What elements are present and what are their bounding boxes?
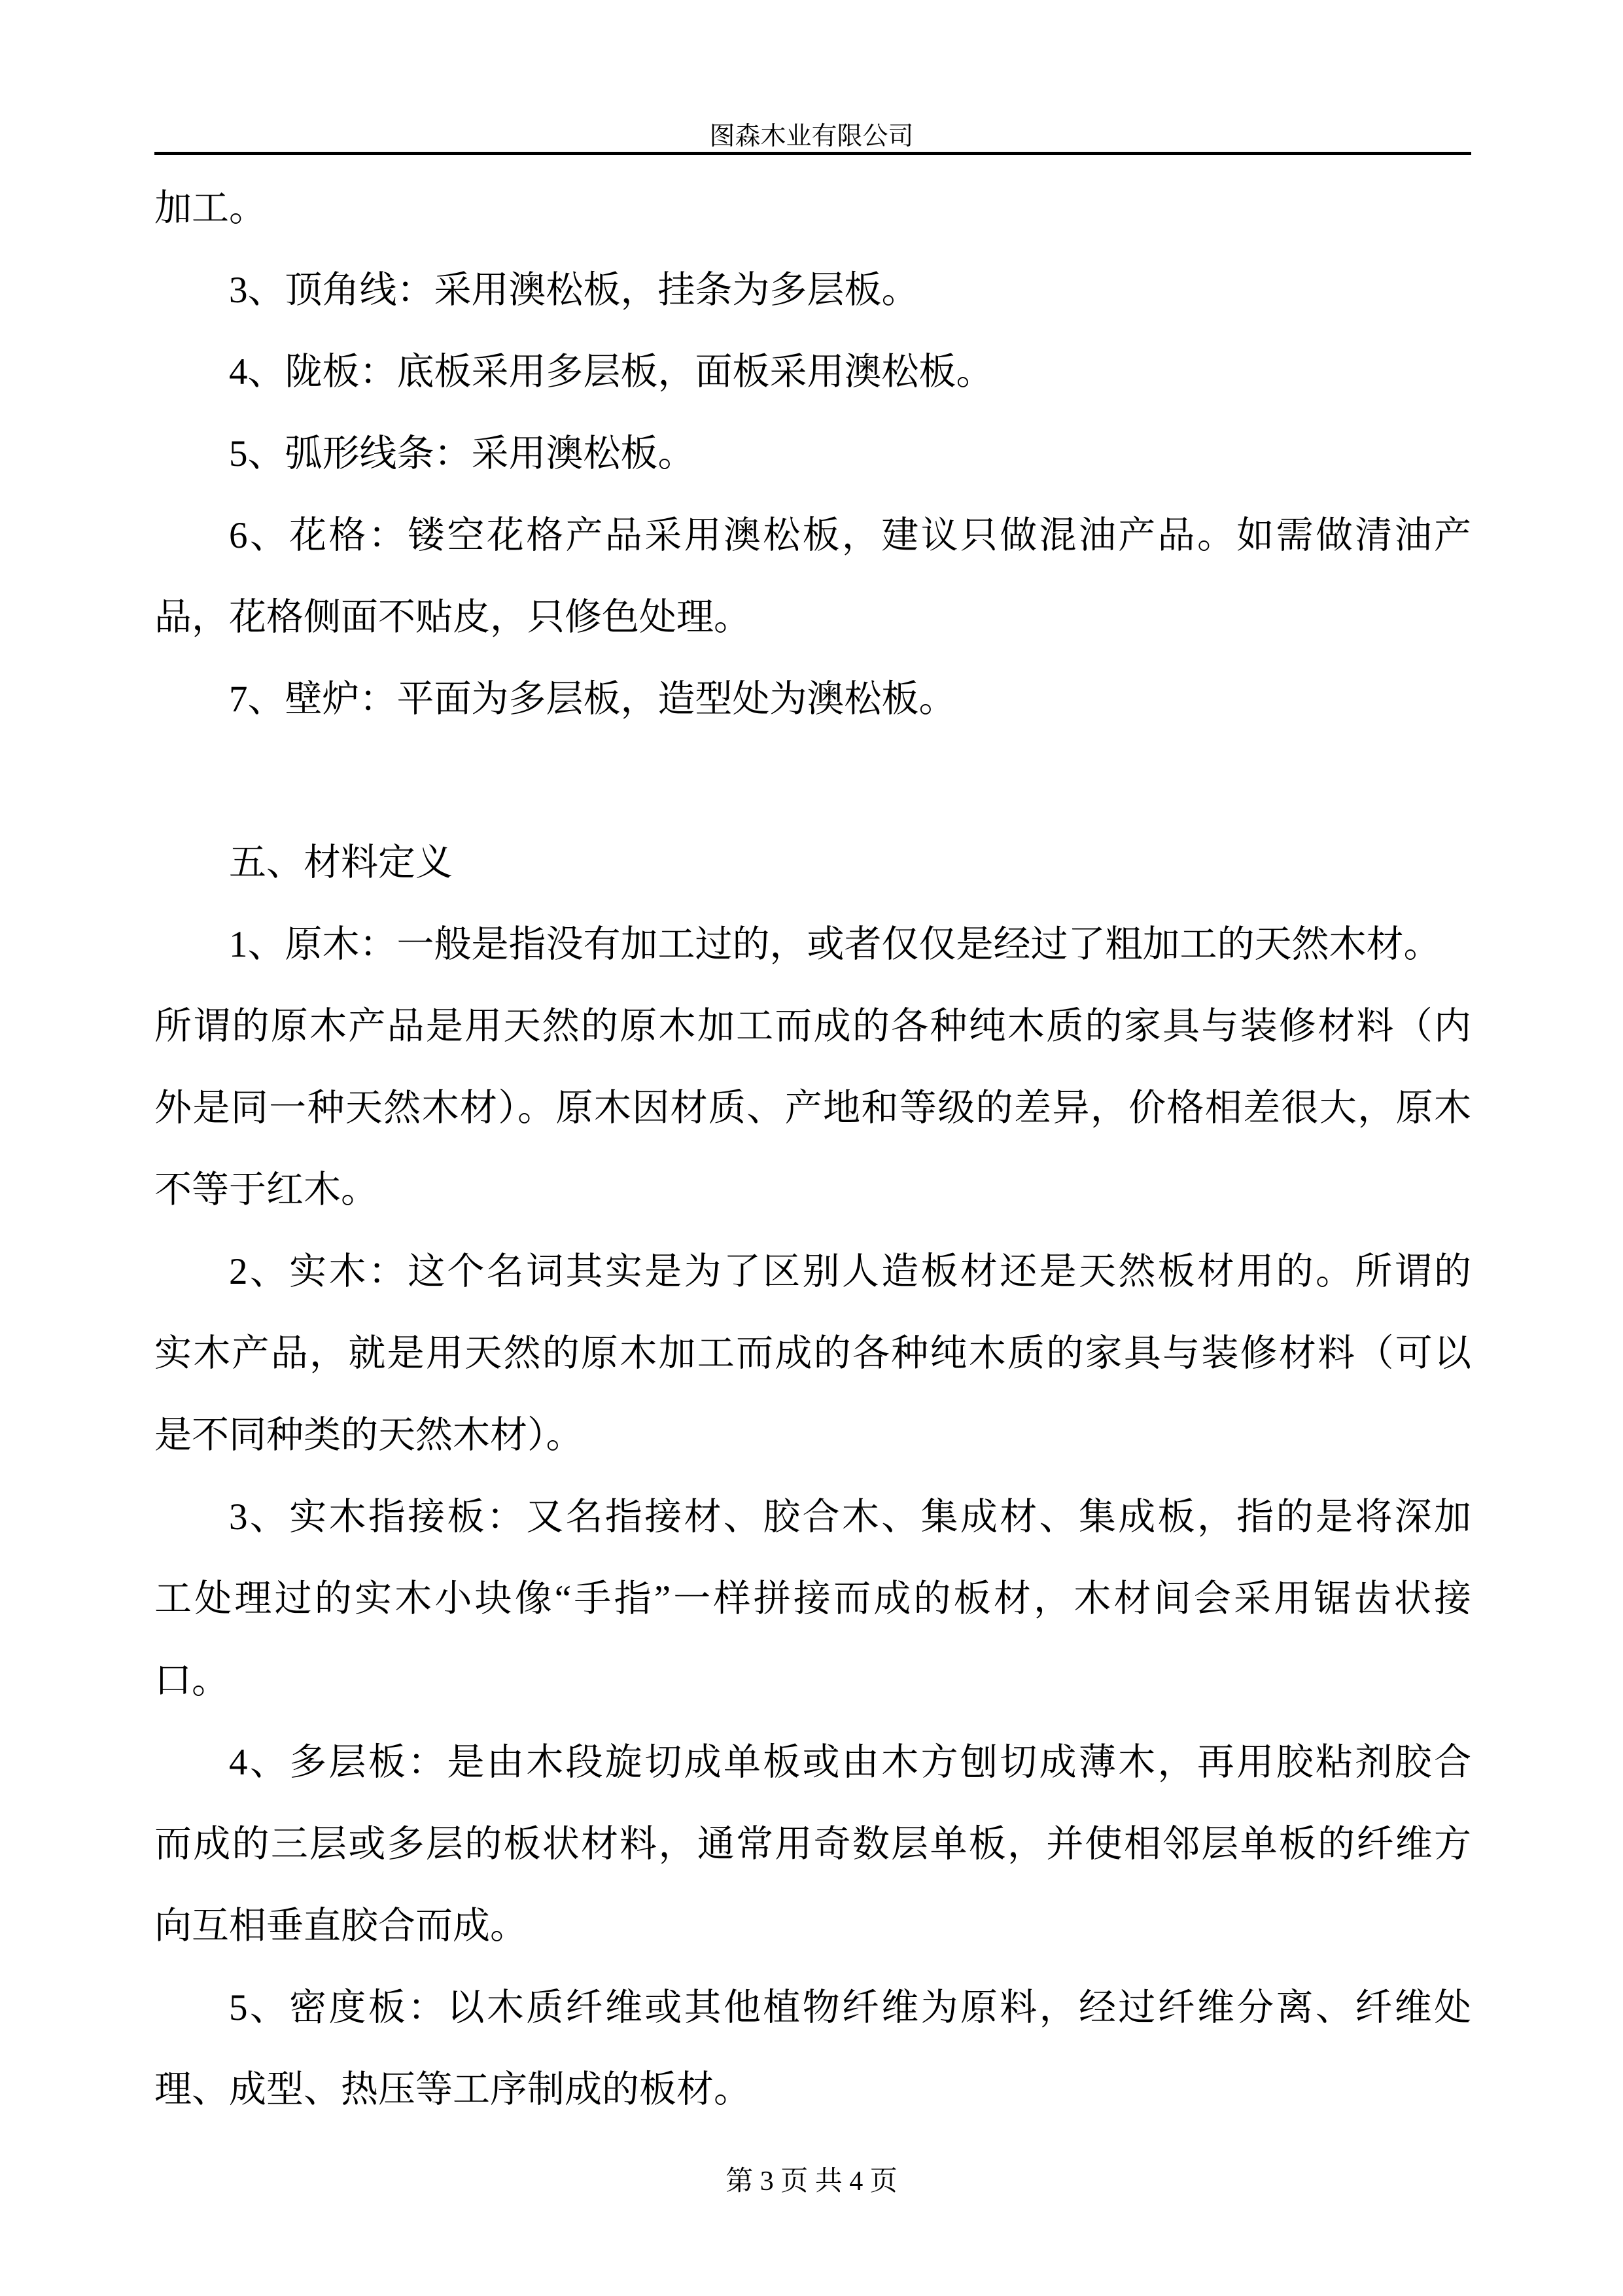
text-line: 4、多层板：是由木段旋切成单板或由木方刨切成薄木，再用胶粘剂胶合: [154, 1722, 1471, 1803]
text-line: 五、材料定义: [154, 822, 1471, 904]
text-line: 而成的三层或多层的板状材料，通常用奇数层单板，并使相邻层单板的纤维方: [154, 1803, 1471, 1885]
text-line: 不等于红木。: [154, 1149, 1471, 1231]
text-line: 理、成型、热压等工序制成的板材。: [154, 2049, 1471, 2130]
text-line: 3、顶角线：采用澳松板，挂条为多层板。: [154, 249, 1471, 331]
text-line: 2、实木：这个名词其实是为了区别人造板材还是天然板材用的。所谓的: [154, 1231, 1471, 1313]
text-line: 6、花格：镂空花格产品采用澳松板，建议只做混油产品。如需做清油产: [154, 495, 1471, 576]
header-rule: [154, 152, 1471, 155]
text-line: 1、原木：一般是指没有加工过的，或者仅仅是经过了粗加工的天然木材。: [154, 904, 1471, 985]
text-line: 加工。: [154, 168, 1471, 249]
text-line: 5、密度板：以木质纤维或其他植物纤维为原料，经过纤维分离、纤维处: [154, 1967, 1471, 2049]
text-line: 口。: [154, 1640, 1471, 1722]
text-line: 4、陇板：底板采用多层板，面板采用澳松板。: [154, 331, 1471, 413]
page-footer: 第 3 页 共 4 页: [0, 2163, 1623, 2200]
page-header-company-name: 图森木业有限公司: [0, 120, 1623, 153]
document-page: 图森木业有限公司 加工。3、顶角线：采用澳松板，挂条为多层板。4、陇板：底板采用…: [0, 0, 1623, 2296]
text-line: 7、壁炉：平面为多层板，造型处为澳松板。: [154, 658, 1471, 740]
text-line: 5、弧形线条：采用澳松板。: [154, 413, 1471, 495]
text-line: 3、实木指接板：又名指接材、胶合木、集成材、集成板，指的是将深加: [154, 1476, 1471, 1558]
text-line: 是不同种类的天然木材）。: [154, 1394, 1471, 1476]
text-line: 品，花格侧面不贴皮，只修色处理。: [154, 576, 1471, 658]
text-line: 外是同一种天然木材）。原木因材质、产地和等级的差异，价格相差很大，原木: [154, 1067, 1471, 1149]
page-number: 第 3 页 共 4 页: [725, 2166, 898, 2197]
document-body: 加工。3、顶角线：采用澳松板，挂条为多层板。4、陇板：底板采用多层板，面板采用澳…: [154, 168, 1471, 2130]
text-line: 实木产品，就是用天然的原木加工而成的各种纯木质的家具与装修材料（可以: [154, 1313, 1471, 1394]
text-line: 工处理过的实木小块像“手指”一样拼接而成的板材，木材间会采用锯齿状接: [154, 1558, 1471, 1640]
text-line: [154, 740, 1471, 822]
text-line: 向互相垂直胶合而成。: [154, 1885, 1471, 1967]
text-line: 所谓的原木产品是用天然的原木加工而成的各种纯木质的家具与装修材料（内: [154, 985, 1471, 1067]
